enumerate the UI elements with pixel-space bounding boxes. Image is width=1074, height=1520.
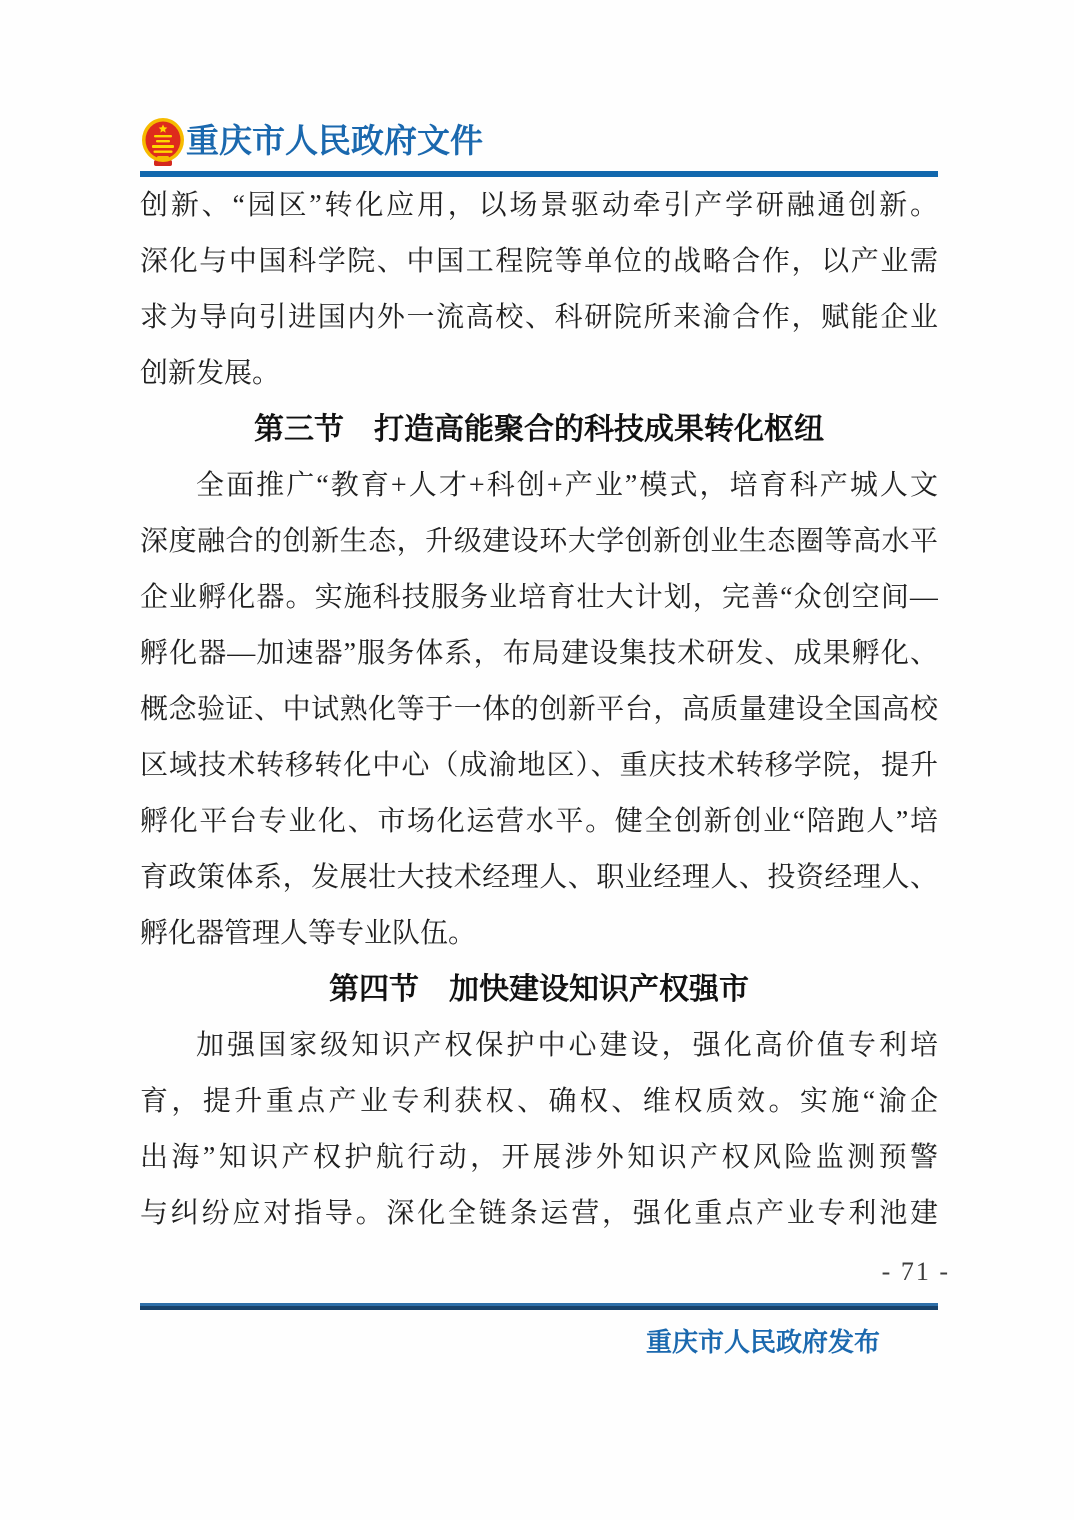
body-line: 出海”知识产权护航行动，开展涉外知识产权风险监测预警 [140,1130,938,1186]
body-line: 育，提升重点产业专利获权、确权、维权质效。实施“渝企 [140,1074,938,1130]
document-header: 重庆市人民政府文件 [140,113,938,177]
body-line: 求为导向引进国内外一流高校、科研院所来渝合作，赋能企业 [140,290,938,346]
national-emblem-icon [140,116,186,168]
header-row: 重庆市人民政府文件 [140,113,938,171]
body-line: 孵化器—加速器”服务体系，布局建设集技术研发、成果孵化、 [140,626,938,682]
body-line: 孵化器管理人等专业队伍。 [140,906,938,962]
body-line: 概念验证、中试熟化等于一体的创新平台，高质量建设全国高校 [140,682,938,738]
body-line: 与纠纷应对指导。深化全链条运营，强化重点产业专利池建 [140,1186,938,1242]
body-line: 企业孵化器。实施科技服务业培育壮大计划，完善“众创空间— [140,570,938,626]
document-page: 重庆市人民政府文件 创新、“园区”转化应用，以场景驱动牵引产学研融通创新。 深化… [0,0,1074,1520]
body-line: 创新发展。 [140,346,938,402]
body-line: 孵化平台专业化、市场化运营水平。健全创新创业“陪跑人”培 [140,794,938,850]
body-line: 育政策体系，发展壮大技术经理人、职业经理人、投资经理人、 [140,850,938,906]
footer-divider [140,1303,938,1310]
body-line: 全面推广“教育+人才+科创+产业”模式，培育科产城人文 [140,458,938,514]
document-body: 创新、“园区”转化应用，以场景驱动牵引产学研融通创新。 深化与中国科学院、中国工… [140,178,938,1242]
body-line: 深度融合的创新生态，升级建设环大学创新创业生态圈等高水平 [140,514,938,570]
document-type-title: 重庆市人民政府文件 [186,113,483,171]
publisher-label: 重庆市人民政府发布 [646,1326,880,1360]
page-number: - 71 - [882,1256,950,1288]
section-heading-3: 第三节 打造高能聚合的科技成果转化枢纽 [140,402,938,458]
body-line: 深化与中国科学院、中国工程院等单位的战略合作，以产业需 [140,234,938,290]
body-line: 区域技术转移转化中心（成渝地区）、重庆技术转移学院，提升 [140,738,938,794]
header-divider [140,171,938,177]
body-line: 加强国家级知识产权保护中心建设，强化高价值专利培 [140,1018,938,1074]
body-line: 创新、“园区”转化应用，以场景驱动牵引产学研融通创新。 [140,178,938,234]
section-heading-4: 第四节 加快建设知识产权强市 [140,962,938,1018]
